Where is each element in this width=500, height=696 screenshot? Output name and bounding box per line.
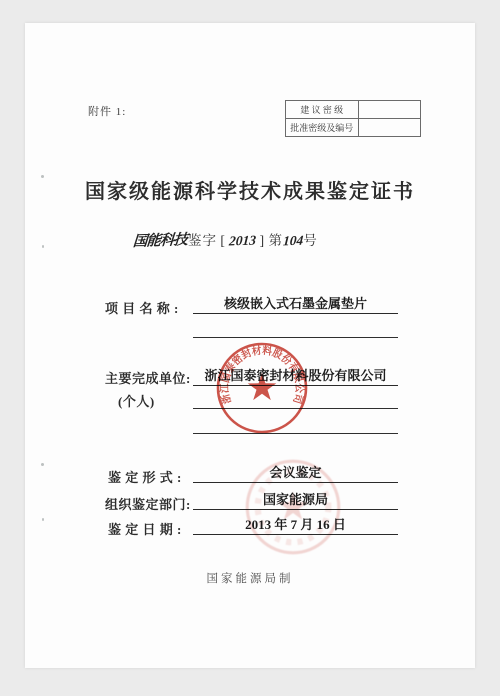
faint-seal-star	[278, 491, 308, 519]
approved-classification-label: 批准密级及编号	[286, 119, 359, 137]
table-row: 批准密级及编号	[286, 119, 421, 137]
appraisal-form-label: 鉴 定 形 式 :	[108, 467, 182, 486]
scan-speck	[42, 245, 44, 248]
doc-number-no-prefix: 第	[269, 233, 284, 248]
certificate-paper: 附件 1: 建 议 密 级 批准密级及编号 国家级能源科学技术成果鉴定证书 国能…	[25, 23, 475, 668]
document-number: 国能科技鉴字 [ 2013 ] 第104号	[133, 229, 318, 250]
certificate-title: 国家级能源科学技术成果鉴定证书	[25, 175, 475, 204]
doc-number-open-bracket: [	[220, 233, 226, 248]
appraisal-date-label: 鉴 定 日 期 :	[108, 519, 182, 538]
doc-number-handwritten-number: 104	[282, 233, 303, 250]
company-red-seal: 浙江国泰密封材料股份有限公司	[212, 338, 312, 438]
issuing-authority-footer: 国家能源局制	[25, 570, 475, 586]
individual-sublabel: (个人)	[118, 391, 155, 410]
doc-number-no-suffix: 号	[303, 233, 318, 248]
doc-number-handwritten-year: 2013	[229, 233, 257, 250]
classification-table: 建 议 密 级 批准密级及编号	[285, 100, 421, 137]
project-name-label: 项 目 名 称 :	[105, 298, 179, 317]
faint-seal	[241, 455, 345, 559]
suggested-classification-value	[358, 101, 420, 119]
table-row: 建 议 密 级	[286, 101, 421, 119]
scan-speck	[41, 175, 44, 178]
scan-speck	[41, 463, 44, 466]
project-name-blank-line	[193, 319, 398, 338]
scanned-certificate-page: { "page": { "attachment_label": "附件 1:",…	[0, 0, 500, 696]
approved-classification-value	[358, 119, 420, 137]
suggested-classification-label: 建 议 密 级	[286, 101, 359, 119]
seal-star	[248, 373, 277, 400]
doc-number-close-bracket: ]	[260, 233, 266, 248]
scan-speck	[42, 518, 44, 521]
doc-number-label: 鉴字	[188, 233, 217, 248]
organizing-department-label: 组织鉴定部门:	[105, 494, 191, 513]
attachment-label: 附件 1:	[88, 103, 126, 119]
project-name-value: 核级嵌入式石墨金属垫片	[193, 295, 398, 314]
main-unit-label: 主要完成单位:	[105, 368, 191, 387]
doc-number-handwritten-prefix: 国能科技	[132, 228, 187, 251]
